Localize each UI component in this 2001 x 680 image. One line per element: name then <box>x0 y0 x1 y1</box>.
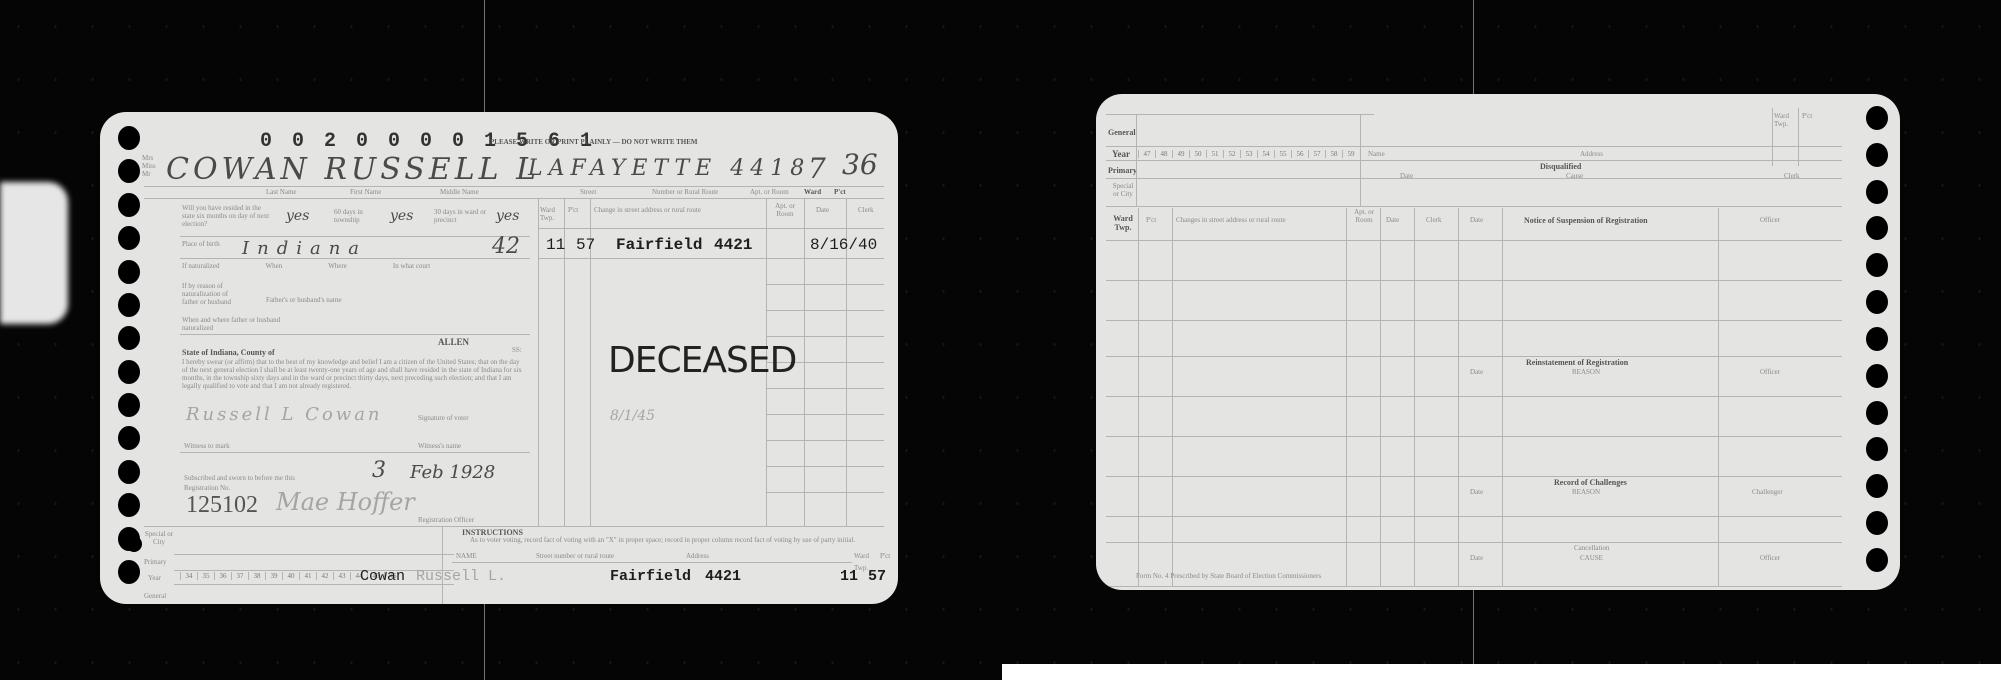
grid-label-general: General <box>1108 128 1136 137</box>
change-row-number: 4421 <box>714 236 752 254</box>
blurred-card-edge <box>0 182 68 324</box>
punch-hole-icon <box>118 493 140 517</box>
punch-hole-icon <box>118 360 140 384</box>
residence-state-value: yes <box>286 208 309 224</box>
challenges-title: Record of Challenges <box>1554 478 1627 487</box>
registrar-label: Registration Officer <box>418 516 474 524</box>
punch-hole-icon <box>118 460 140 484</box>
when-where-label: When and where father or husband natural… <box>182 316 282 332</box>
punch-hole-icon <box>1866 216 1888 240</box>
col-header-pct: P'ct <box>568 206 578 214</box>
street-handwritten: LAFAYETTE 4418 <box>528 156 810 181</box>
instr-col-ward: Ward <box>854 552 869 560</box>
address-label: Address <box>1580 150 1603 158</box>
oath-state-label: State of Indiana, County of <box>182 348 275 357</box>
label-pct: P'ct <box>834 188 846 197</box>
disq-cause-label: Cause <box>1566 172 1583 180</box>
subscribed-label: Subscribed and sworn to before me this <box>184 474 295 482</box>
grid-years: 47484950515253545556575859 <box>1138 150 1359 158</box>
challenges-challenger-header: Challenger <box>1752 488 1783 496</box>
label-ward: Ward <box>804 188 821 197</box>
disq-clerk-label: Clerk <box>1784 172 1800 180</box>
grid-label-year: Year <box>148 574 161 582</box>
top-pct-label: P'ct <box>1802 112 1812 120</box>
bottom-typed-number: 4421 <box>705 568 741 585</box>
punch-holes <box>1866 106 1888 572</box>
precinct-handwritten: 36 <box>842 148 878 181</box>
signature-label: Signature of voter <box>418 414 469 422</box>
punch-hole-icon <box>1866 290 1888 314</box>
col-header-clerk: Clerk <box>1426 216 1442 224</box>
challenges-reason-header: REASON <box>1572 488 1600 496</box>
punch-hole-icon <box>118 426 140 450</box>
col-header-clerk: Clerk <box>858 206 874 214</box>
punch-hole-icon <box>118 393 140 417</box>
grid-label-year: Year <box>1112 150 1130 159</box>
change-row-ward: 11 <box>546 236 565 254</box>
punch-hole-icon <box>126 536 142 552</box>
residence-precinct-label: 30 days in ward or precinct <box>434 208 494 224</box>
witness-name-label: Witness's name <box>418 442 461 450</box>
residence-state-label: Will you have resided in the state six m… <box>182 204 272 228</box>
grid-label-special: Special or City <box>144 530 174 546</box>
bottom-typed-first-name: Russell L. <box>416 568 506 585</box>
disq-date-label: Date <box>1400 172 1413 180</box>
punch-hole-icon <box>1866 180 1888 204</box>
cancellation-date-header: Date <box>1470 554 1483 562</box>
instr-col-address: Address <box>686 552 709 560</box>
col-header-date: Date <box>816 206 829 214</box>
punch-holes <box>118 126 140 584</box>
bottom-typed-street: Fairfield <box>610 568 691 585</box>
place-of-birth-value: Indiana <box>242 238 367 259</box>
instructions-text: As to voter voting, record fact of votin… <box>470 536 890 544</box>
punch-hole-icon <box>1866 437 1888 461</box>
residence-township-value: yes <box>390 208 413 224</box>
ward-handwritten: 7 <box>808 152 826 185</box>
punch-hole-icon <box>118 159 140 183</box>
punch-hole-icon <box>1866 143 1888 167</box>
punch-hole-icon <box>1866 253 1888 277</box>
suspension-date-header: Date <box>1470 216 1483 224</box>
punch-hole-icon <box>118 260 140 284</box>
punch-hole-icon <box>1866 106 1888 130</box>
residence-precinct-value: yes <box>496 208 519 224</box>
label-first-name: First Name <box>350 188 381 196</box>
col-header-pct: P'ct <box>1146 216 1156 224</box>
label-number: Number or Rural Route <box>652 188 718 196</box>
suspension-officer-header: Officer <box>1760 216 1780 224</box>
challenges-date-header: Date <box>1470 488 1483 496</box>
voter-name-handwritten: COWAN RUSSELL L <box>166 152 540 187</box>
voter-signature: Russell L Cowan <box>186 404 383 425</box>
punch-hole-icon <box>1866 548 1888 572</box>
registration-no-label: Registration No. <box>184 484 230 492</box>
stamp-note: 8/1/45 <box>610 408 655 424</box>
deceased-stamp: DECEASED <box>608 340 796 381</box>
county-value: ALLEN <box>438 338 469 347</box>
change-row-street: Fairfield <box>616 236 702 254</box>
subscribed-month-year: Feb 1928 <box>410 462 495 483</box>
top-ward-label: Ward Twp. <box>1774 112 1798 128</box>
punch-hole-icon <box>1866 474 1888 498</box>
punch-hole-icon <box>118 293 140 317</box>
bottom-typed-ward: 11 <box>840 568 858 585</box>
oath-text: I hereby swear (or affirm) that to the b… <box>182 358 522 390</box>
bottom-typed-last-name: Cowan <box>360 568 405 585</box>
grid-label-primary: Primary <box>1108 166 1137 175</box>
punch-hole-icon <box>118 226 140 250</box>
husband-name-label: Father's or husband's name <box>266 296 341 304</box>
grid-label-special: Special or City <box>1110 182 1136 198</box>
label-middle-name: Middle Name <box>440 188 479 196</box>
instr-col-street: Street number or rural route <box>536 552 614 560</box>
name-label: Name <box>1368 150 1385 158</box>
change-row-date: 8/16/40 <box>810 236 877 254</box>
reinstatement-title: Reinstatement of Registration <box>1526 358 1628 367</box>
frame-edge <box>1002 664 2001 680</box>
punch-hole-icon <box>1866 511 1888 535</box>
disqualified-label: Disqualified <box>1540 162 1581 171</box>
label-apt: Apt. or Room <box>750 188 789 196</box>
grid-label-primary: Primary <box>144 558 167 566</box>
reinstatement-date-header: Date <box>1470 368 1483 376</box>
suspension-notice-header: Notice of Suspension of Registration <box>1524 216 1648 225</box>
registration-number: 125102 <box>186 492 258 519</box>
instr-col-pct: P'ct <box>880 552 890 560</box>
punch-hole-icon <box>118 193 140 217</box>
col-header-ward: Ward Twp. <box>540 206 564 222</box>
cancellation-title: Cancellation <box>1574 544 1609 552</box>
reinstatement-reason-header: REASON <box>1572 368 1600 376</box>
header-notice: PLEASE WRITE OR PRINT PLAINLY — DO NOT W… <box>490 138 698 147</box>
col-header-apt: Apt. or Room <box>1350 208 1378 224</box>
label-last-name: Last Name <box>266 188 297 196</box>
naturalized-labels: If naturalizedWhenWhereIn what court <box>182 262 430 270</box>
label-street: Street <box>580 188 596 196</box>
punch-hole-icon <box>1866 364 1888 388</box>
col-header-address: Change in street address or rural route <box>594 206 764 214</box>
age-value: 42 <box>492 234 520 259</box>
punch-hole-icon <box>1866 327 1888 351</box>
bottom-typed-pct: 57 <box>868 568 886 585</box>
subscribed-day: 3 <box>372 458 386 483</box>
witness-to-mark-label: Witness to mark <box>184 442 230 450</box>
registration-card-front: 0 0 2 0 0 0 0 1 5 6 1 PLEASE WRITE OR PR… <box>100 112 898 604</box>
cancellation-officer-header: Officer <box>1760 554 1780 562</box>
cancellation-cause-header: CAUSE <box>1580 554 1603 562</box>
punch-hole-icon <box>118 326 140 350</box>
salutation-labels: Mrs Miss Mr <box>142 154 156 178</box>
reinstatement-officer-header: Officer <box>1760 368 1780 376</box>
col-header-date: Date <box>1386 216 1399 224</box>
change-row-pct: 57 <box>576 236 595 254</box>
husband-label: If by reason of naturalization of father… <box>182 282 246 306</box>
col-header-ward: Ward Twp. <box>1110 214 1136 232</box>
punch-hole-icon <box>1866 401 1888 425</box>
oath-ss: SS: <box>512 346 522 354</box>
place-of-birth-label: Place of birth <box>182 240 222 248</box>
col-header-address: Changes in street address or rural route <box>1176 216 1286 224</box>
registrar-signature: Mae Hoffer <box>276 488 415 516</box>
residence-township-label: 60 days in township <box>334 208 390 224</box>
grid-label-general: General <box>144 592 166 600</box>
instr-col-name: NAME <box>456 552 477 560</box>
col-header-apt: Apt. or Room <box>770 202 800 218</box>
form-footer: Form No. 4 Prescribed by State Board of … <box>1136 572 1321 580</box>
registration-card-back: General Year 47484950515253545556575859 … <box>1096 94 1900 590</box>
punch-hole-icon <box>118 126 140 150</box>
punch-hole-icon <box>118 560 140 584</box>
